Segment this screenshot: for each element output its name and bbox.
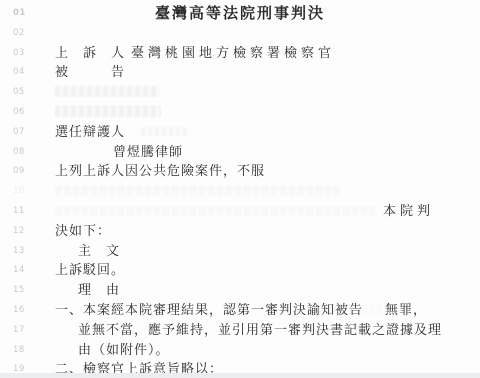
document-lines: 01 臺灣高等法院刑事判決 02 03 上 訴 人臺灣桃園地方檢察署檢察官 04… [0, 4, 480, 378]
line-number: 01 [13, 4, 26, 24]
doc-line-06: 06 [0, 103, 480, 123]
doc-line-13: 13 主 文 [0, 242, 480, 262]
body-text: 上訴駁回。 [55, 263, 125, 278]
line-number: 10 [13, 182, 25, 202]
line-number: 04 [13, 63, 25, 83]
doc-line-03: 03 上 訴 人臺灣桃園地方檢察署檢察官 [0, 44, 480, 64]
redacted-name-gap [363, 304, 385, 314]
judgment-document: 01 臺灣高等法院刑事判決 02 03 上 訴 人臺灣桃園地方檢察署檢察官 04… [0, 0, 480, 378]
doc-line-05: 05 [0, 83, 480, 103]
defendant-label: 被 告 [55, 65, 125, 80]
doc-line-17: 17 並無不當，應予維持，並引用第一審判決書記載之證據及理 [0, 321, 480, 341]
appellant-label: 上 訴 人 [55, 46, 125, 61]
line-number: 09 [13, 162, 25, 182]
line-number: 05 [13, 83, 25, 103]
line-number: 08 [13, 143, 25, 163]
doc-line-01: 01 臺灣高等法院刑事判決 [0, 4, 480, 24]
line-number: 06 [13, 103, 25, 123]
next-line-highlight-strip [0, 373, 480, 378]
body-text: 決如下： [55, 224, 111, 239]
doc-line-07: 07 選任辯護人 [0, 123, 480, 143]
line-number: 11 [13, 202, 25, 222]
section-heading-reasons: 理 由 [78, 283, 120, 298]
body-text: 本院判 [383, 202, 434, 222]
redacted-text-block [55, 186, 340, 195]
doc-line-04: 04 被 告 [0, 63, 480, 83]
line-number: 16 [13, 301, 25, 321]
appellant-value: 臺灣桃園地方檢察署檢察官 [131, 46, 335, 61]
doc-line-14: 14 上訴駁回。 [0, 261, 480, 281]
doc-line-10: 10 [0, 182, 480, 202]
section-heading-main-text: 主 文 [78, 244, 120, 259]
doc-line-16: 16 一、本案經本院審理結果，認第一審判決諭知被告無罪， [0, 301, 480, 321]
doc-line-02: 02 [0, 24, 480, 44]
line-number: 03 [13, 44, 25, 64]
body-text: 一、本案經本院審理結果，認第一審判決諭知被告 [55, 303, 363, 318]
doc-line-15: 15 理 由 [0, 281, 480, 301]
line-number: 14 [13, 261, 25, 281]
redacted-name-block [141, 127, 187, 136]
doc-line-08: 08 曾煜騰律師 [0, 143, 480, 163]
line-number: 13 [13, 242, 25, 262]
defense-counsel-name: 曾煜騰律師 [113, 145, 183, 160]
body-text: 並無不當，應予維持，並引用第一審判決書記載之證據及理 [78, 323, 442, 338]
line-number: 02 [13, 24, 25, 44]
doc-line-11: 11 本院判 [0, 202, 480, 222]
redacted-text-block [55, 106, 161, 117]
redacted-text-block [55, 206, 375, 215]
line-number: 17 [13, 321, 25, 341]
document-title: 臺灣高等法院刑事判決 [155, 4, 325, 22]
body-text: 上列上訴人因公共危險案件，不服 [55, 164, 265, 179]
doc-line-18: 18 由（如附件）。 [0, 341, 480, 361]
line-number: 07 [13, 123, 25, 143]
doc-line-12: 12 決如下： [0, 222, 480, 242]
line-number: 12 [13, 222, 25, 242]
body-text: 由（如附件）。 [78, 343, 170, 358]
body-text: 無罪， [385, 303, 427, 318]
defense-counsel-label: 選任辯護人 [55, 125, 125, 140]
line-number: 15 [13, 281, 25, 301]
doc-line-09: 09 上列上訴人因公共危險案件，不服 [0, 162, 480, 182]
line-number: 18 [13, 341, 25, 361]
redacted-text-block [55, 86, 159, 97]
